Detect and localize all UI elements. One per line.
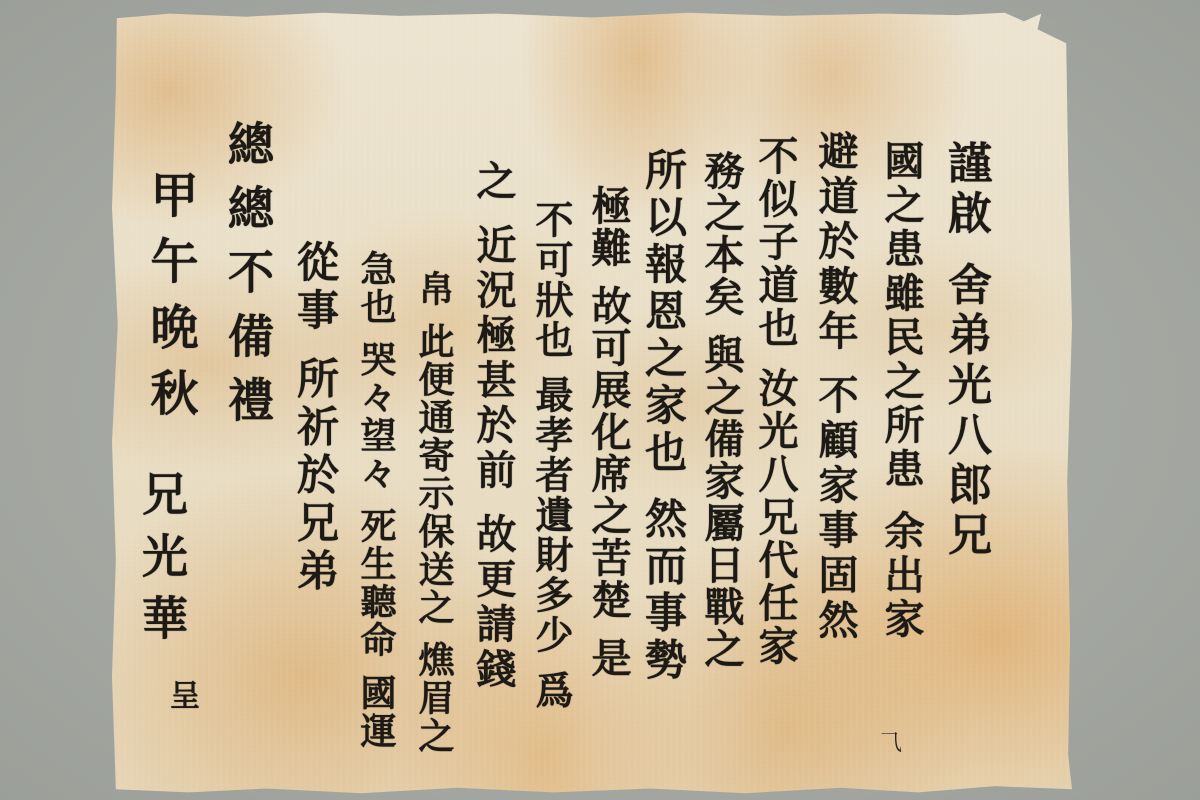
date-line: 甲午晩秋 <box>146 170 193 434</box>
column-text: 之 近況極甚於前 故更請錢 <box>470 160 517 693</box>
column-text: 帛 此便通寄示保送之 燋眉之 <box>410 270 457 755</box>
column-text: 避道於數年 不顧家事固然 <box>812 130 859 644</box>
closing-text: 呈 <box>170 680 200 714</box>
letter-column-10: 帛 此便通寄示保送之 燋眉之 <box>410 270 457 755</box>
column-text: 極難 故可展化席之苦楚 是 <box>585 185 632 679</box>
letter-column-3: 避道於數年 不顧家事固然 <box>812 130 859 644</box>
column-text: 謹啟 舍弟光八郎兄 <box>942 140 989 561</box>
column-text: 不似子道也 汝光八兄代任家 <box>752 135 799 668</box>
letter-column-2: 國之患雖民之所患 余出家 <box>878 140 925 642</box>
column-text: 不可狀也 最孝者遺財多少 爲 <box>528 200 575 710</box>
letter-column-11: 急也 哭々望々 死生聽命 國運 <box>352 250 399 750</box>
signature-line: 兄光華 <box>138 470 185 656</box>
letter-column-5: 務之本矣 與之備家屬日戰之 <box>698 150 745 670</box>
column-text: 總總不備禮 <box>224 120 271 440</box>
column-text: 國之患雖民之所患 余出家 <box>878 140 925 642</box>
letter-column-13: 總總不備禮 <box>224 120 271 440</box>
column-text: 急也 哭々望々 死生聽命 國運 <box>352 250 399 750</box>
letter-column-6: 所以報恩之家也 然而事勢 <box>640 148 687 685</box>
signature-text: 兄光華 <box>138 470 185 656</box>
letter-column-7: 極難 故可展化席之苦楚 是 <box>585 185 632 679</box>
letter-column-9: 之 近況極甚於前 故更請錢 <box>470 160 517 693</box>
margin-tick-mark: ⺄ <box>880 726 902 757</box>
margin-mark-text: ⺄ <box>880 731 902 756</box>
closing-mark: 呈 <box>170 680 200 714</box>
column-text: 從事 所祈於兄弟 <box>292 240 339 597</box>
column-text: 務之本矣 與之備家屬日戰之 <box>698 150 745 670</box>
column-text: 所以報恩之家也 然而事勢 <box>640 148 687 685</box>
date-text: 甲午晩秋 <box>146 170 193 434</box>
letter-column-8: 不可狀也 最孝者遺財多少 爲 <box>528 200 575 710</box>
letter-column-4: 不似子道也 汝光八兄代任家 <box>752 135 799 668</box>
letter-column-12: 從事 所祈於兄弟 <box>292 240 339 597</box>
letter-column-1: 謹啟 舍弟光八郎兄 <box>942 140 989 561</box>
